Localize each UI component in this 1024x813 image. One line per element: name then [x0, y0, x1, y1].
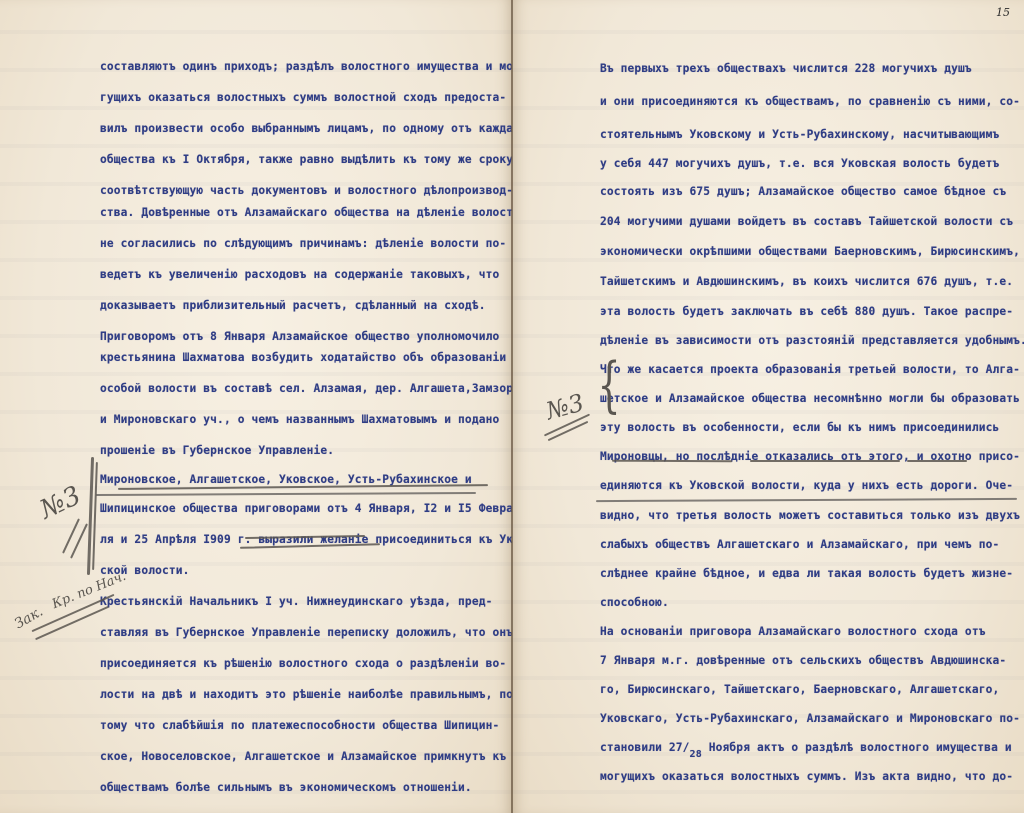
text-line: общества къ I Октября, также равно выдѣл… — [100, 153, 512, 166]
text-line: вилъ произвести особо выбраннымъ лицамъ,… — [100, 122, 512, 135]
text-line: слабыхъ обществъ Алгашетскаго и Алзамайс… — [600, 538, 999, 551]
text-line: Приговоромъ отъ 8 Января Алзамайское общ… — [100, 330, 499, 343]
text-line: эту волость въ особенности, если бы къ н… — [600, 421, 999, 434]
text-line: эта волость будетъ заключать въ себѣ 880… — [600, 305, 1013, 318]
text-line-with-fraction: становили 27/28 Ноября актъ о раздѣлѣ во… — [600, 741, 1012, 754]
text-line: Что же касается проекта образованія трет… — [600, 363, 1020, 376]
text-line: не согласились по слѣдующимъ причинамъ: … — [100, 237, 506, 250]
text-line: обществамъ болѣе сильнымъ въ экономическ… — [100, 781, 472, 794]
text-line: 7 Января м.г. довѣренные отъ сельскихъ о… — [600, 654, 1006, 667]
text-line: крестьянина Шахматова возбудить ходатайс… — [100, 351, 506, 364]
text-line: ства. Довѣренные отъ Алзамайскаго общест… — [100, 206, 512, 219]
line-part: Ноября актъ о раздѣлѣ волостного имущест… — [702, 741, 1012, 754]
text-line: способною. — [600, 596, 669, 609]
text-line: лости на двѣ и находитъ это рѣшеніе наиб… — [100, 688, 512, 701]
text-line: гущихъ оказаться волостныхъ суммъ волост… — [100, 91, 506, 104]
text-line: экономически окрѣпшими обществами Баерно… — [600, 245, 1020, 258]
pencil-slash — [62, 518, 80, 553]
pencil-underline — [907, 460, 967, 462]
pencil-underline — [750, 460, 900, 462]
text-line: ля и 25 Апрѣля I909 г. выразили желаніе … — [100, 533, 512, 546]
book-spine — [511, 0, 513, 813]
text-line: стоятельнымъ Уковскому и Усть-Рубахинско… — [600, 128, 999, 141]
text-line: шетское и Алзамайское общества несомнѣнн… — [600, 392, 1020, 405]
line-part: становили 27 — [600, 741, 683, 754]
text-line: ведетъ къ увеличенію расходовъ на содерж… — [100, 268, 499, 281]
text-line: и они присоединяются къ обществамъ, по с… — [600, 95, 1020, 108]
text-line: Уковскаго, Усть-Рубахинскаго, Алзамайска… — [600, 712, 1020, 725]
text-line: присоединяется къ рѣшенію волостного схо… — [100, 657, 506, 670]
text-line: го, Бирюсинскаго, Тайшетскаго, Баерновск… — [600, 683, 999, 696]
text-line: ставляя въ Губернское Управленіе перепис… — [100, 626, 512, 639]
text-line: доказываетъ приблизительный расчетъ, сдѣ… — [100, 299, 486, 312]
text-line: соотвѣтствующую часть документовъ и воло… — [100, 184, 512, 197]
margin-brace: { — [598, 350, 621, 420]
page-number: 15 — [996, 6, 1010, 19]
text-line: видно, что третья волость можетъ состави… — [600, 509, 1020, 522]
text-line: прошеніе въ Губернское Управленіе. — [100, 444, 334, 457]
text-line: ское, Новоселовское, Алгашетское и Алзам… — [100, 750, 506, 763]
fraction: /28 — [683, 741, 702, 754]
text-line: Шипицинское общества приговорами отъ 4 Я… — [100, 502, 512, 515]
text-line: составляютъ одинъ приходъ; раздѣлъ волос… — [100, 60, 512, 73]
text-line: у себя 447 могучихъ душъ, т.е. вся Уковс… — [600, 157, 999, 170]
text-line: и Мироновскаго уч., о чемъ названнымъ Ша… — [100, 413, 499, 426]
text-line: слѣднее крайне бѣдное, и едва ли такая в… — [600, 567, 1013, 580]
text-line-underlined: единяются къ Уковской волости, куда у ни… — [600, 479, 1013, 492]
fraction-denominator: 28 — [690, 749, 702, 760]
text-line: дѣленіе въ зависимости отъ разстояній пр… — [600, 334, 1024, 347]
text-line: Въ первыхъ трехъ обществахъ числится 228… — [600, 62, 972, 75]
text-line: ской волости. — [100, 564, 190, 577]
text-line: могущихъ оказаться волостныхъ суммъ. Изъ… — [600, 770, 1013, 783]
margin-number-mark: №3 — [543, 389, 587, 426]
text-line: На основаніи приговора Алзамайскаго воло… — [600, 625, 986, 638]
text-line: Крестьянскій Начальникъ I уч. Нижнеудинс… — [100, 595, 492, 608]
left-page: составляютъ одинъ приходъ; раздѣлъ волос… — [0, 0, 512, 813]
text-line: состоять изъ 675 душъ; Алзамайское общес… — [600, 185, 1006, 198]
text-line: тому что слабѣйшія по платежеспособности… — [100, 719, 499, 732]
right-page: 15 Въ первыхъ трехъ обществахъ числится … — [512, 0, 1024, 813]
text-line: особой волости въ составѣ сел. Алзамая, … — [100, 382, 512, 395]
text-line: 204 могучими душами войдетъ въ составъ Т… — [600, 215, 1013, 228]
text-line: Тайшетскимъ и Авдюшинскимъ, въ коихъ чис… — [600, 275, 1013, 288]
